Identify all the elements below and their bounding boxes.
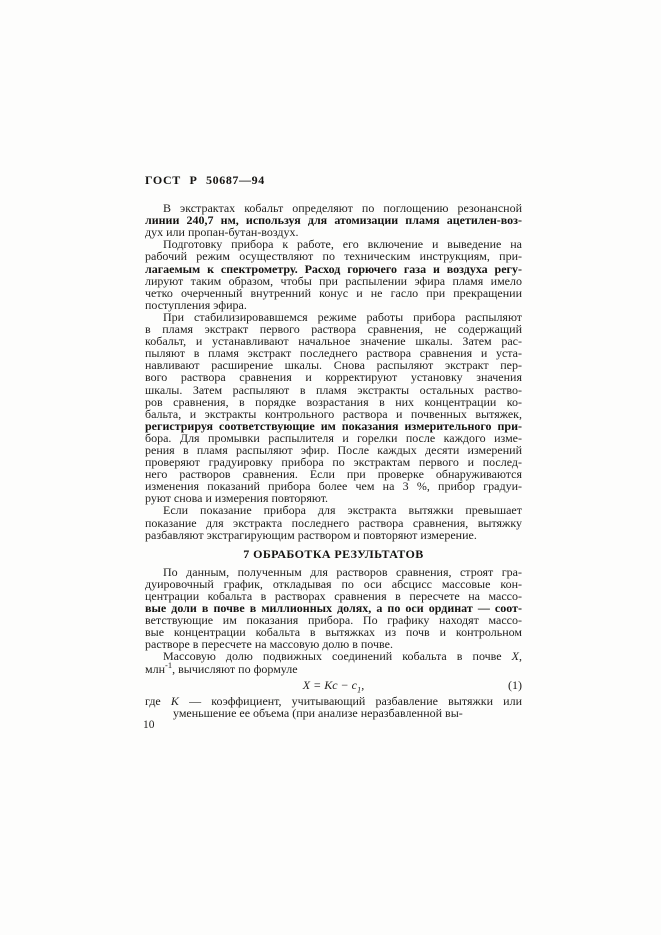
page-number: 10 bbox=[143, 719, 155, 731]
paragraph-4: Если показание прибора для экстракта выт… bbox=[145, 504, 522, 540]
text-segment: где bbox=[145, 694, 171, 708]
formula: X = Kc − c1, (1) bbox=[145, 679, 522, 691]
section-heading: 7 ОБРАБОТКА РЕЗУЛЬТАТОВ bbox=[145, 548, 522, 560]
variable-x: X bbox=[512, 649, 519, 663]
paragraph-6: Массовую долю подвижных соединений кобал… bbox=[145, 650, 522, 674]
text-line: бальта, и экстракты контрольного раствор… bbox=[145, 408, 522, 420]
document-header: ГОСТ Р 50687—94 bbox=[145, 174, 522, 186]
text-line: вого раствора сравнения и корректируют у… bbox=[145, 371, 522, 383]
paragraph-3: При стабилизировавшемся режиме работы пр… bbox=[145, 311, 522, 505]
text-line: лагаемым к спектрометру. Расход горючего… bbox=[145, 263, 522, 275]
paragraph-5: По данным, полученным для растворов срав… bbox=[145, 566, 522, 651]
paragraph-1: В экстрактах кобальт определяют по погло… bbox=[145, 202, 522, 238]
document-page: ГОСТ Р 50687—94 В экстрактах кобальт опр… bbox=[0, 0, 661, 935]
text-line: ров сравнения, в порядке возрастания в н… bbox=[145, 396, 522, 408]
formula-body: X = Kc − c bbox=[303, 678, 357, 692]
text-line: разбавляют экстрагирующим раствором и по… bbox=[145, 529, 522, 541]
text-line: шкалы. Затем распыляют в пламя экстракты… bbox=[145, 384, 522, 396]
text-segment: , bbox=[519, 649, 522, 663]
text-segment: , вычисляют по формуле bbox=[172, 662, 297, 676]
formula-comma: , bbox=[361, 678, 364, 692]
formula-number: (1) bbox=[508, 679, 522, 691]
text-line: лируют таким образом, чтобы при распылен… bbox=[145, 275, 522, 287]
text-line: рабочий режим осуществляют по технически… bbox=[145, 250, 522, 262]
paragraph-2: Подготовку прибора к работе, его включен… bbox=[145, 238, 522, 311]
text-block: ГОСТ Р 50687—94 В экстрактах кобальт опр… bbox=[145, 174, 522, 719]
where-clause: где K — коэффициент, учитывающий разбавл… bbox=[145, 695, 522, 719]
text-segment: млн bbox=[145, 662, 165, 676]
text-line: уменьшение ее объема (при анализе неразб… bbox=[145, 707, 522, 719]
text-line: млн-1, вычисляют по формуле bbox=[145, 663, 522, 675]
text-line: Если показание прибора для экстракта выт… bbox=[145, 504, 522, 516]
formula-expression: X = Kc − c1, bbox=[303, 678, 364, 692]
text-line: показание для экстракта последнего раств… bbox=[145, 517, 522, 529]
